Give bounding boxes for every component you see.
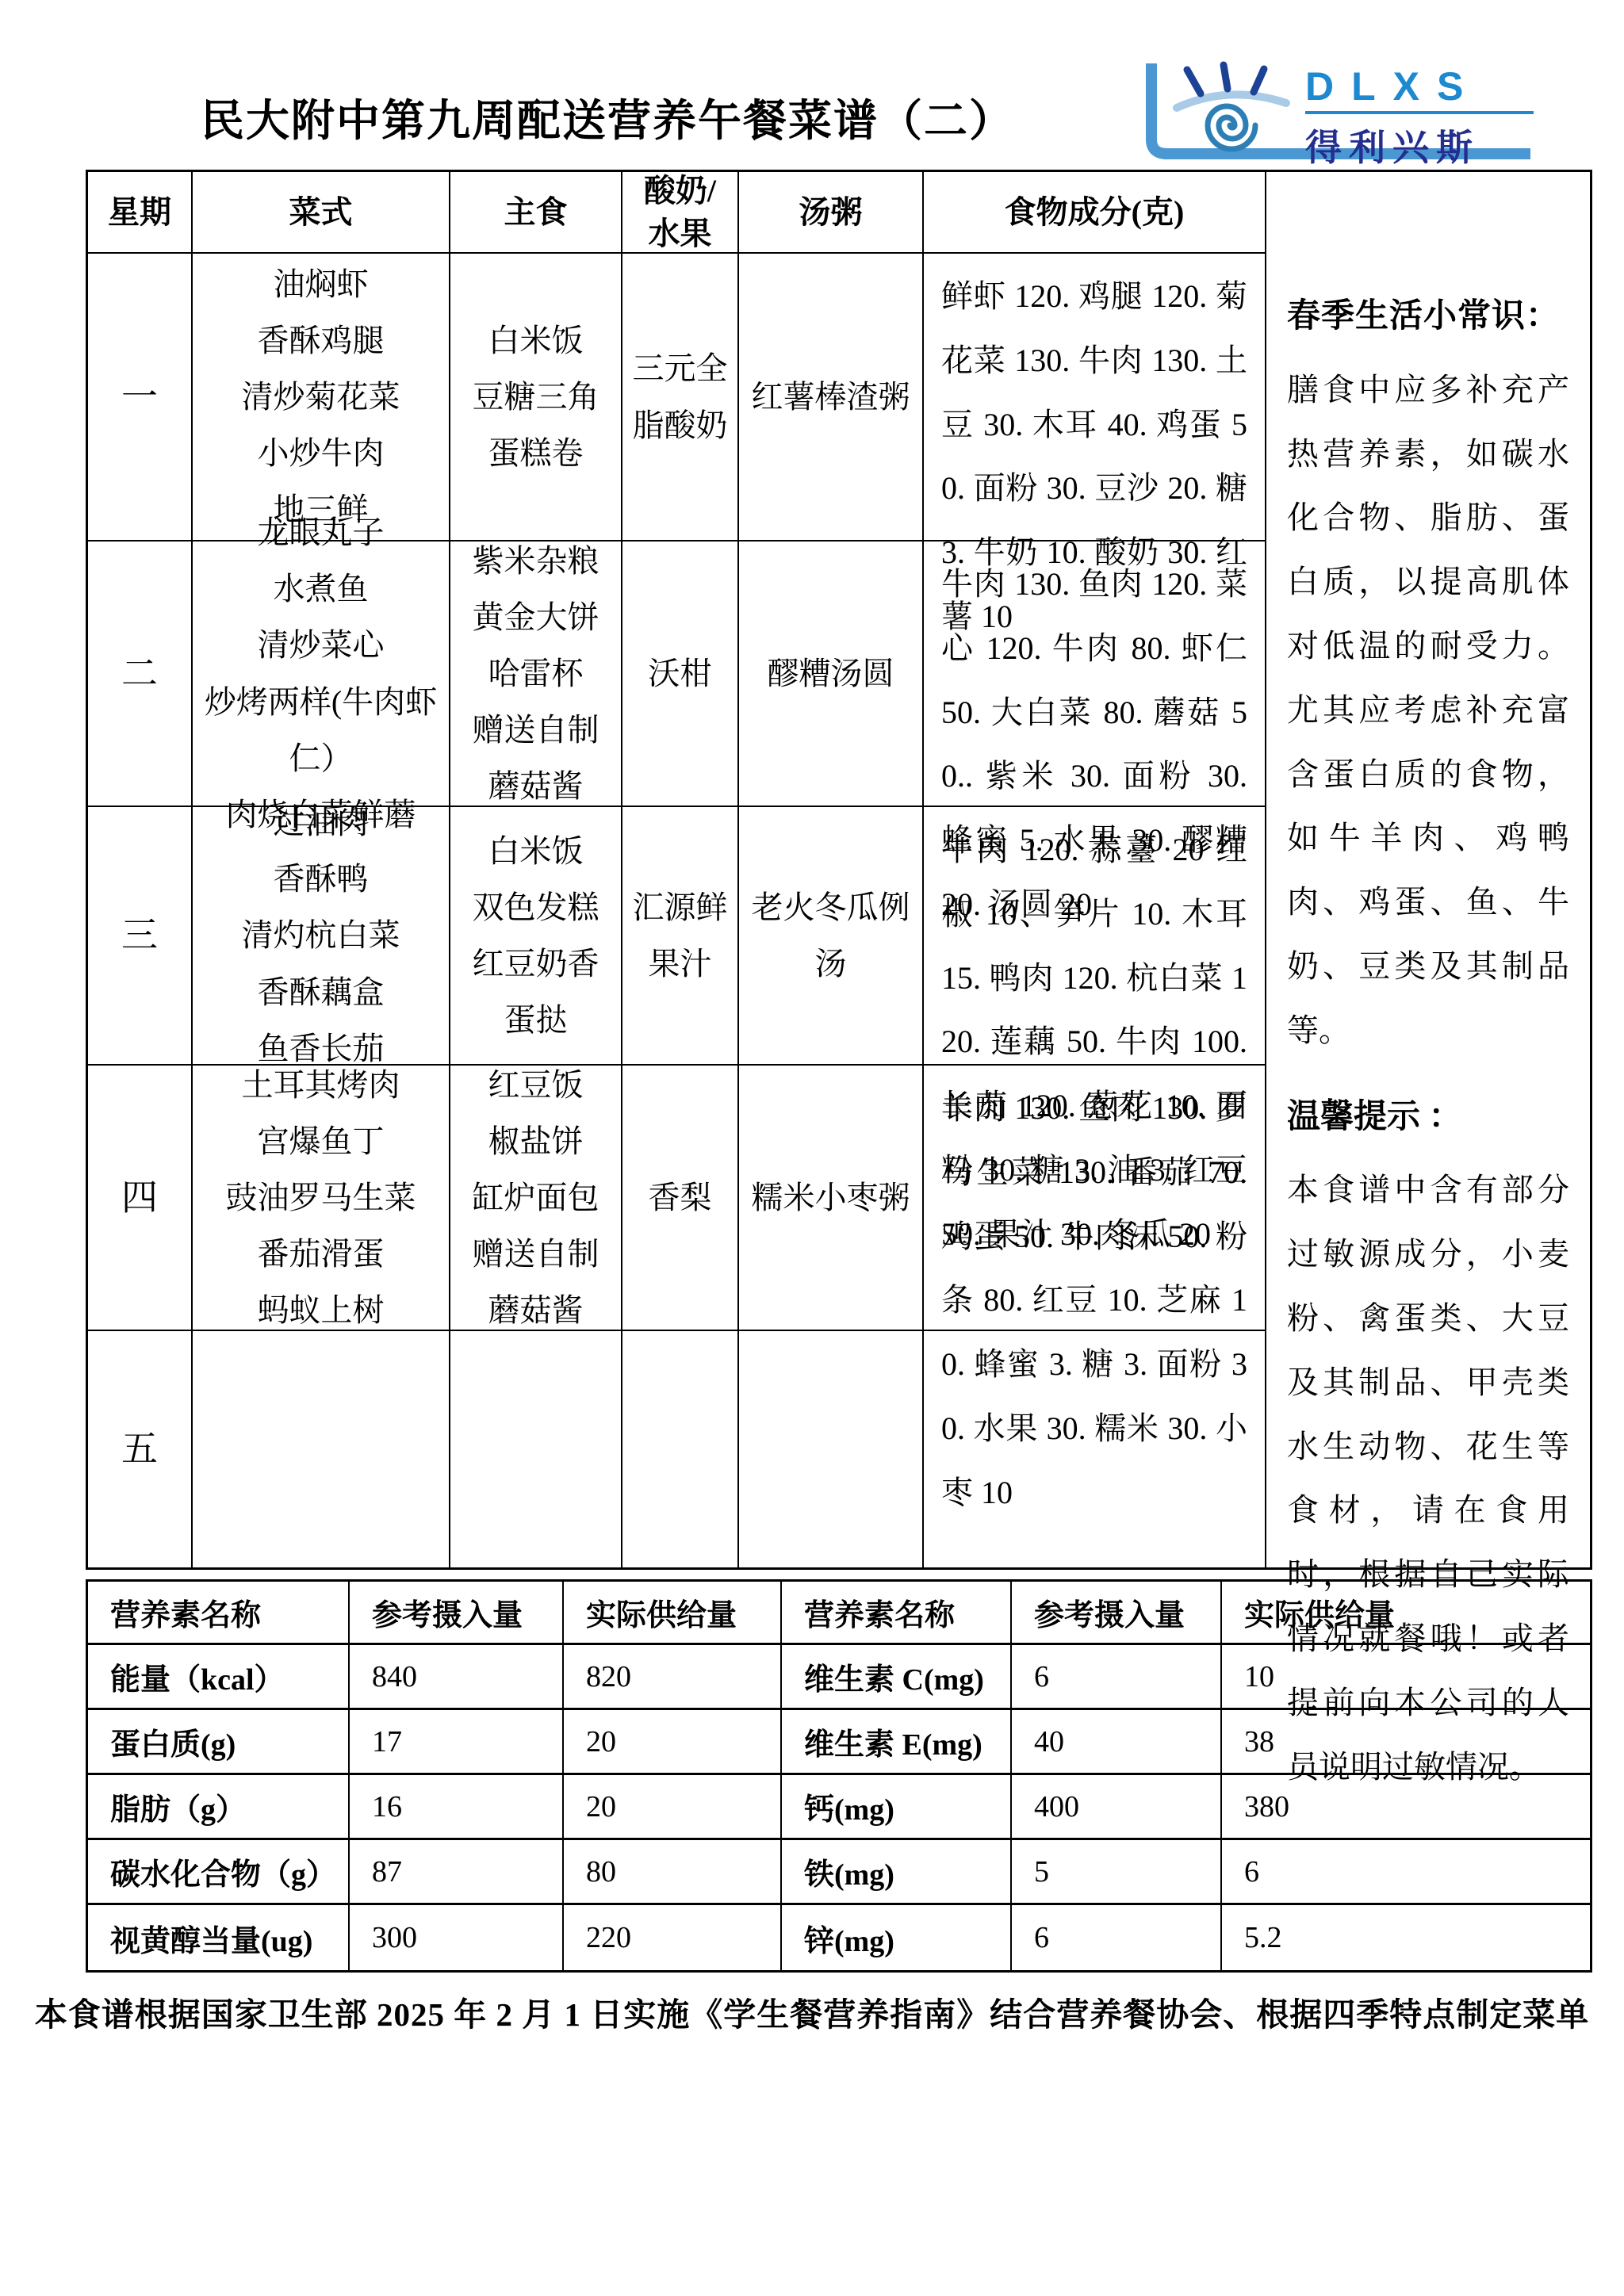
dish-item: 龙眼丸子: [258, 504, 385, 561]
nutrient-name-cell: 维生素 C(mg): [782, 1645, 1012, 1710]
staple-item: 紫米杂粮: [473, 533, 599, 589]
staple-cell: 白米饭双色发糕红豆奶香蛋挞: [450, 807, 622, 1064]
nutrition-header-cell: 实际供给量: [564, 1582, 782, 1645]
staple-item: 赠送自制蘑菇酱: [458, 1226, 613, 1338]
nutrient-value-cell: 380: [1222, 1775, 1590, 1840]
menu-row: 二龙眼丸子水煮鱼清炒菜心炒烤两样(牛肉虾仁）肉烧白菜鲜蘑紫米杂粮黄金大饼哈雷杯赠…: [88, 541, 1265, 807]
header-day: 星期: [88, 172, 193, 252]
nutrient-name-cell: 铁(mg): [782, 1840, 1012, 1905]
nutrition-header-cell: 实际供给量: [1222, 1582, 1590, 1645]
nutrient-name-cell: 能量（kcal）: [88, 1645, 350, 1710]
header-yogurt-fruit: 酸奶/水果: [622, 172, 739, 252]
nutrient-value-cell: 6: [1012, 1645, 1222, 1710]
dish-item: 过油肉: [274, 794, 369, 851]
dish-item: 豉油罗马生菜: [226, 1169, 416, 1226]
staple-cell: 白米饭豆糖三角蛋糕卷: [450, 254, 622, 540]
ingredients-cell: 牛肉 120. 蒜薹 20 红椒 10、笋片 10. 木耳 15. 鸭肉 120…: [924, 807, 1265, 1064]
header-soup: 汤粥: [739, 172, 924, 252]
day-cell: 五: [88, 1331, 193, 1567]
ingredients-cell: 羊肉 130. 鱼肉 130. 罗马生菜 130. 番茄 70. 鸡蛋 50. …: [924, 1066, 1265, 1330]
staple-item: 椒盐饼: [488, 1113, 584, 1169]
yogurt-fruit-cell: 沃柑: [622, 541, 739, 806]
day-cell: 四: [88, 1066, 193, 1330]
logo-abbreviation: DLXS: [1305, 63, 1534, 114]
nutrient-value-cell: 10: [1222, 1645, 1590, 1710]
dishes-cell: 土耳其烤肉宫爆鱼丁豉油罗马生菜番茄滑蛋蚂蚁上树: [193, 1066, 450, 1330]
nutrient-value-cell: 6: [1012, 1905, 1222, 1970]
staple-cell: 红豆饭椒盐饼缸炉面包赠送自制蘑菇酱: [450, 1066, 622, 1330]
nutrient-name-cell: 锌(mg): [782, 1905, 1012, 1970]
weekly-menu-table: 星期 菜式 主食 酸奶/水果 汤粥 食物成分(克) 一油焖虾香酥鸡腿清炒菊花菜小…: [86, 170, 1592, 1570]
nutrient-value-cell: 220: [564, 1905, 782, 1970]
soup-cell: 红薯棒渣粥: [739, 254, 924, 540]
nutrient-value-cell: 20: [564, 1710, 782, 1775]
dish-item: 小炒牛肉: [258, 425, 385, 481]
soup-cell: 醪糟汤圆: [739, 541, 924, 806]
nutrient-value-cell: 40: [1012, 1710, 1222, 1775]
dish-item: 清炒菜心: [258, 617, 385, 673]
nutrient-value-cell: 840: [350, 1645, 564, 1710]
dishes-cell: 过油肉香酥鸭清灼杭白菜香酥藕盒鱼香长茄: [193, 807, 450, 1064]
staple-item: 赠送自制蘑菇酱: [458, 702, 613, 814]
staple-item: 红豆饭: [488, 1057, 584, 1113]
dishes-cell: 龙眼丸子水煮鱼清炒菜心炒烤两样(牛肉虾仁）肉烧白菜鲜蘑: [193, 541, 450, 806]
nutrition-header-cell: 营养素名称: [88, 1582, 350, 1645]
staple-item: 蛋糕卷: [488, 425, 584, 481]
nutrient-value-cell: 87: [350, 1840, 564, 1905]
yogurt-fruit-cell: 汇源鲜果汁: [622, 807, 739, 1064]
soup-cell: [739, 1331, 924, 1567]
menu-row: 三过油肉香酥鸭清灼杭白菜香酥藕盒鱼香长茄白米饭双色发糕红豆奶香蛋挞汇源鲜果汁老火…: [88, 807, 1265, 1066]
dish-item: 炒烤两样(牛肉虾仁）: [201, 674, 441, 786]
header-dishes: 菜式: [193, 172, 450, 252]
dishes-cell: [193, 1331, 450, 1567]
staple-item: 哈雷杯: [488, 645, 584, 702]
spring-tips-title: 春季生活小常识：: [1287, 283, 1569, 350]
yogurt-fruit-cell: [622, 1331, 739, 1567]
dish-item: 香酥藕盒: [258, 964, 385, 1020]
dish-item: 清灼杭白菜: [242, 907, 400, 963]
dish-item: 清炒菊花菜: [242, 369, 400, 425]
dish-item: 蚂蚁上树: [258, 1282, 385, 1338]
header-ingredients: 食物成分(克): [924, 172, 1265, 252]
logo-company-name: 得利兴斯: [1305, 119, 1534, 171]
menu-table-left: 星期 菜式 主食 酸奶/水果 汤粥 食物成分(克) 一油焖虾香酥鸡腿清炒菊花菜小…: [88, 172, 1265, 1567]
menu-row: 一油焖虾香酥鸡腿清炒菊花菜小炒牛肉地三鲜白米饭豆糖三角蛋糕卷三元全脂酸奶红薯棒渣…: [88, 254, 1265, 541]
day-cell: 三: [88, 807, 193, 1064]
staple-item: 黄金大饼: [473, 589, 599, 645]
nutrient-name-cell: 碳水化合物（g）: [88, 1840, 350, 1905]
staple-item: 白米饭: [488, 312, 584, 369]
staple-item: 豆糖三角: [473, 369, 599, 425]
nutrient-name-cell: 视黄醇当量(ug): [88, 1905, 350, 1970]
logo-text: DLXS 得利兴斯: [1305, 63, 1534, 171]
staple-cell: [450, 1331, 622, 1567]
ingredients-cell: 鲜虾 120. 鸡腿 120. 菊花菜 130. 牛肉 130. 土豆 30. …: [924, 254, 1265, 540]
staple-item: 双色发糕: [473, 879, 599, 936]
ingredients-cell: [924, 1331, 1265, 1567]
menu-row: 四土耳其烤肉宫爆鱼丁豉油罗马生菜番茄滑蛋蚂蚁上树红豆饭椒盐饼缸炉面包赠送自制蘑菇…: [88, 1066, 1265, 1331]
nutrient-value-cell: 17: [350, 1710, 564, 1775]
dish-item: 油焖虾: [274, 256, 369, 312]
nutrient-value-cell: 80: [564, 1840, 782, 1905]
dish-item: 宫爆鱼丁: [258, 1113, 385, 1169]
nutrient-value-cell: 5: [1012, 1840, 1222, 1905]
nutrient-value-cell: 400: [1012, 1775, 1222, 1840]
nutrient-value-cell: 820: [564, 1645, 782, 1710]
dish-item: 香酥鸭: [274, 851, 369, 907]
dishes-cell: 油焖虾香酥鸡腿清炒菊花菜小炒牛肉地三鲜: [193, 254, 450, 540]
nutrition-header-cell: 参考摄入量: [350, 1582, 564, 1645]
nutrient-value-cell: 5.2: [1222, 1905, 1590, 1970]
nutrition-header-cell: 参考摄入量: [1012, 1582, 1222, 1645]
nutrient-name-cell: 蛋白质(g): [88, 1710, 350, 1775]
nutrient-value-cell: 16: [350, 1775, 564, 1840]
menu-rows: 一油焖虾香酥鸡腿清炒菊花菜小炒牛肉地三鲜白米饭豆糖三角蛋糕卷三元全脂酸奶红薯棒渣…: [88, 254, 1265, 1567]
nutrient-value-cell: 300: [350, 1905, 564, 1970]
soup-cell: 老火冬瓜例汤: [739, 807, 924, 1064]
document-page: 民大附中第九周配送营养午餐菜谱（二） DLXS 得利兴斯 星期 菜式 主食 酸奶…: [0, 0, 1624, 2296]
staple-item: 红豆奶香蛋挞: [458, 936, 613, 1048]
staple-cell: 紫米杂粮黄金大饼哈雷杯赠送自制蘑菇酱: [450, 541, 622, 806]
ingredients-cell: 牛肉 130. 鱼肉 120. 菜心 120. 牛肉 80. 虾仁 50. 大白…: [924, 541, 1265, 806]
day-cell: 二: [88, 541, 193, 806]
yogurt-fruit-cell: 三元全脂酸奶: [622, 254, 739, 540]
page-title: 民大附中第九周配送营养午餐菜谱（二）: [201, 86, 1014, 148]
warm-notice-title: 温馨提示 ：: [1287, 1084, 1569, 1151]
nutrition-table: 营养素名称参考摄入量实际供给量营养素名称参考摄入量实际供给量能量（kcal）84…: [86, 1579, 1592, 1973]
dish-item: 番茄滑蛋: [258, 1226, 385, 1282]
dish-item: 土耳其烤肉: [242, 1057, 400, 1113]
nutrition-header-cell: 营养素名称: [782, 1582, 1012, 1645]
yogurt-fruit-cell: 香梨: [622, 1066, 739, 1330]
nutrient-value-cell: 20: [564, 1775, 782, 1840]
header-staple: 主食: [450, 172, 622, 252]
nutrient-name-cell: 钙(mg): [782, 1775, 1012, 1840]
nutrient-name-cell: 脂肪（g）: [88, 1775, 350, 1840]
dish-item: 香酥鸡腿: [258, 312, 385, 369]
company-logo: DLXS 得利兴斯: [1137, 57, 1538, 163]
dish-item: 水煮鱼: [274, 561, 369, 617]
staple-item: 缸炉面包: [473, 1169, 599, 1226]
nutrient-value-cell: 38: [1222, 1710, 1590, 1775]
menu-row: 五: [88, 1331, 1265, 1567]
staple-item: 白米饭: [488, 823, 584, 879]
footer-note: 本食谱根据国家卫生部 2025 年 2 月 1 日实施《学生餐营养指南》结合营养…: [0, 1988, 1624, 2035]
nutrient-value-cell: 6: [1222, 1840, 1590, 1905]
nutrient-name-cell: 维生素 E(mg): [782, 1710, 1012, 1775]
sidebar-notes: 春季生活小常识： 膳食中应多补充产热营养素，如碳水化合物、脂肪、蛋白质，以提高肌…: [1265, 172, 1590, 1567]
soup-cell: 糯米小枣粥: [739, 1066, 924, 1330]
spring-tips-body: 膳食中应多补充产热营养素，如碳水化合物、脂肪、蛋白质，以提高肌体对低温的耐受力。…: [1287, 358, 1569, 1063]
day-cell: 一: [88, 254, 193, 540]
menu-header-row: 星期 菜式 主食 酸奶/水果 汤粥 食物成分(克): [88, 172, 1265, 254]
